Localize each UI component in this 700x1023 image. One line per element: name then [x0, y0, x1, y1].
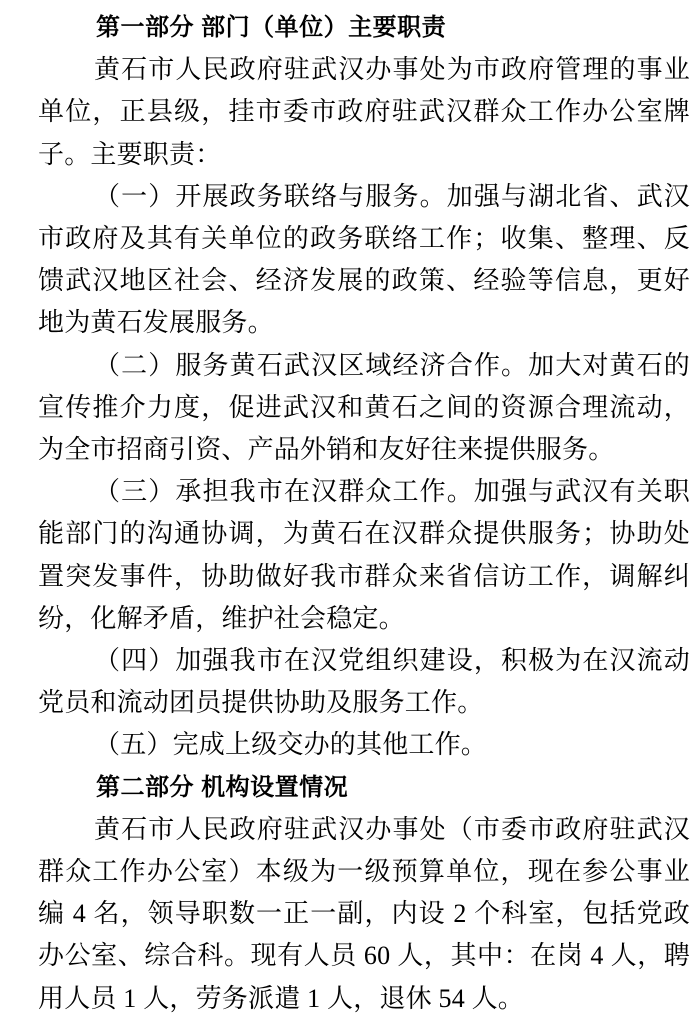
paragraph-duty-2: （二）服务黄石武汉区域经济合作。加大对黄石的宣传推介力度，促进武汉和黄石之间的资…	[38, 345, 690, 472]
paragraph-duty-4: （四）加强我市在汉党组织建设，积极为在汉流动党员和流动团员提供协助及服务工作。	[38, 640, 690, 724]
section-heading-part1: 第一部分 部门（单位）主要职责	[38, 7, 690, 49]
paragraph-duty-5: （五）完成上级交办的其他工作。	[38, 724, 690, 766]
paragraph-duty-1: （一）开展政务联络与服务。加强与湖北省、武汉市政府及其有关单位的政务联络工作；收…	[38, 176, 690, 345]
section-heading-part2: 第二部分 机构设置情况	[38, 767, 690, 809]
paragraph-duty-3: （三）承担我市在汉群众工作。加强与武汉有关职能部门的沟通协调，为黄石在汉群众提供…	[38, 471, 690, 640]
paragraph-org-setup: 黄石市人民政府驻武汉办事处（市委市政府驻武汉群众工作办公室）本级为一级预算单位，…	[38, 809, 690, 1020]
document-page: 第一部分 部门（单位）主要职责 黄石市人民政府驻武汉办事处为市政府管理的事业单位…	[0, 0, 700, 1023]
paragraph-department-overview: 黄石市人民政府驻武汉办事处为市政府管理的事业单位，正县级，挂市委市政府驻武汉群众…	[38, 49, 690, 176]
